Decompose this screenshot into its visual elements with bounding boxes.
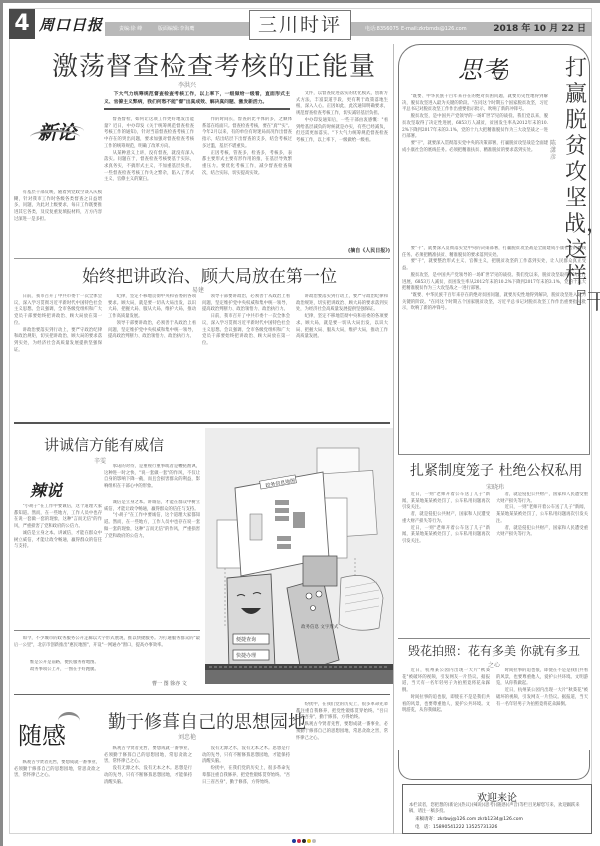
masthead-contact-bar: 电话:8356075 E-mail:zkrbmds@126.com 2018 年… xyxy=(351,22,592,36)
photo-box-bottom xyxy=(398,750,590,780)
swoosh-icon xyxy=(60,126,84,136)
headline-mind: 勤于修葺自己的思想园地 xyxy=(108,708,306,734)
feather-icon xyxy=(58,712,80,730)
byline-cage: 宋晓玮 xyxy=(486,482,504,491)
main-col-3: 文件，以督查促进落实的优化模式，创新方式方法，丰富渠道手段，更有利于政策落地生根… xyxy=(296,91,388,251)
headline-main: 激荡督查检查考核的正能量 xyxy=(52,46,376,83)
byline-main: 李洪兴 xyxy=(178,80,196,89)
color-dot-black xyxy=(302,839,306,843)
page-number: 4 xyxy=(9,9,35,39)
main-col-1: 督查督检，如何让这项工作更好地发出能量？近日，中办印发《关于统筹规范督查检查考核… xyxy=(104,117,194,252)
welcome-email[interactable]: 来稿请寄：zkrbwj@126.com zkrb1234@126.com xyxy=(415,816,523,822)
integrity-col-2: 诚信是立身之本。讲诚信，才能在群众中树立威信，才能让政令畅通，赢得群众的信任与支… xyxy=(104,500,200,626)
newspaper-page: 4 周口日报 责编:徐 峰 版面编辑:李海鹰 三川时评 电话:8356075 E… xyxy=(0,0,600,846)
column-divider xyxy=(393,44,394,834)
masthead-editor-bar: 责编:徐 峰 版面编辑:李海鹰 xyxy=(105,22,249,36)
proof-label: 版面编辑:李海鹰 xyxy=(158,22,195,36)
lede-rule xyxy=(104,108,290,110)
main-col-2: 作的时间长，督查的比平体的多，之顺体系落在结面只。督查检查考核，要在"真""实"… xyxy=(202,117,292,252)
editor-label: 责编:徐 峰 xyxy=(119,22,142,36)
poverty-col-2: 要"干"，就要深入贯彻落实党中央的决策部署，打赢脱贫攻坚战是全面建成小康社会的底… xyxy=(402,246,586,446)
divider xyxy=(398,454,590,455)
headline-politics: 始终把讲政治、顾大局放在第一位 xyxy=(82,262,337,287)
print-color-bar xyxy=(292,839,316,843)
email-label: E-mail:zkrbmds@126.com xyxy=(401,22,467,36)
paper-name: 周口日报 xyxy=(39,14,103,35)
sign-1: 便捷查询 xyxy=(236,636,256,643)
welcome-body: 本栏读者，您把想的(新论)(热议)(辣说)(思考)(随感)(声音)等栏目见解您写… xyxy=(409,803,587,815)
cartoon-svg: 政务信息地图 便捷查询 快捷办理 政务信息 文字形式 xyxy=(205,428,393,684)
welcome-phone: 电 话：15890541222 13525731326 xyxy=(415,824,497,830)
cartoon-caption-text: 如今，不少城市的政务服务公开走廊以大字形式展现，推以快捷服务。为打通服务群众的"… xyxy=(14,636,200,660)
headline-cage: 扎紧制度笼子 杜绝公权私用 xyxy=(410,460,582,480)
cartoon-credit: 曹一 图 徐亦 文 xyxy=(152,680,187,687)
section-title: 三川时评 xyxy=(249,10,351,40)
color-dot-grey xyxy=(312,839,316,843)
politics-col-4: 讲政治要落实到行动上，要严守政治纪律和政治规矩，切实把讲政治、顾大局的要求落到实… xyxy=(296,294,388,406)
politics-col-1: 日前，我市召开了中共市委十一次全体会议，深入学习贯彻习近平新时代中国特色社会主义… xyxy=(14,294,102,406)
divider xyxy=(14,422,390,424)
source-main: (摘自《人民日报》) xyxy=(348,247,390,254)
politics-col-2: 纪律，坚定不移地贯彻中央和省委的各项要求。顾大局，就是要一切从大局出发，以识大局… xyxy=(108,294,196,406)
headline-photo: 毁花拍照：花有多美 你就有多丑 xyxy=(408,642,580,659)
headline-integrity: 讲诚信方能有威信 xyxy=(44,434,164,455)
color-dot-blue xyxy=(292,839,296,843)
robot-label: 政务信息 文字形式 xyxy=(301,623,339,630)
mind-col-3: 纷扰中，在我们党的历史上，很多革命先辈都注重自我修养，把党性锻炼贯穿始终。"吾日… xyxy=(296,702,388,832)
mind-col-2: 没有无源之水，没有无本之木。思想是行动的先导，只有不断修葺思想园地，才能保持清醒… xyxy=(202,746,290,832)
cartoon-illustration: 政务信息地图 便捷查询 快捷办理 政务信息 文字形式 xyxy=(205,428,393,684)
cage-col-2: 者，就是侵犯公共财产，国家和人民遭受重大财产损失等行为。 近日，一则"老师开着公… xyxy=(496,492,588,634)
issue-date: 2018 年 10 月 22 日 xyxy=(493,22,586,36)
color-dot-yellow xyxy=(307,839,311,843)
welcome-title: 欢迎来论 xyxy=(403,789,591,804)
left-rule xyxy=(0,0,3,846)
byline-mind: 刘忠艳 xyxy=(178,732,196,741)
cartoon-verse-2: 政务事项公上开，一图在手好跑腿。 xyxy=(30,667,190,675)
main-col-0: 有基层干部反映，随着到党政空谈入庆模糊，针对我市工作时各级各类督查之日益增多，问… xyxy=(14,190,102,252)
divider xyxy=(14,258,390,259)
color-dot-red xyxy=(297,839,301,843)
welcome-box: 欢迎来论 本栏读者，您把想的(新论)(热议)(辣说)(思考)(随感)(声音)等栏… xyxy=(402,784,592,834)
divider xyxy=(398,638,590,639)
phone-label: 电话:8356075 xyxy=(365,22,399,36)
poverty-col-1: "既要、中华民族千百年来存在的绝对贫困问题，就要历史性地得到解决，脱贫攻坚进入最… xyxy=(402,94,548,244)
top-rule xyxy=(0,0,600,3)
integrity-col-0: "小胡子"在工作中要诚信，这个道理大家都知道。然而，在一些地方，工作人员中也存在… xyxy=(14,504,102,626)
mind-col-0: 纵观古今贤者先哲，要想成就一番事业，必须勤于修葺自己的思想园地，常思贪欲之害，常… xyxy=(14,760,100,832)
masthead: 4 周口日报 责编:徐 峰 版面编辑:李海鹰 三川时评 电话:8356075 E… xyxy=(9,9,592,39)
divider xyxy=(14,630,200,631)
cage-col-1: 近日，一则"老师开着公车送了儿子"新闻，某某地某某被处罚了，公车私用问题再次引发… xyxy=(402,492,490,634)
lede-main: 下大气力统筹规范督查检查考核工作，以上率下，一级做给一级看，直面形式主义、官僚主… xyxy=(104,91,290,106)
divider xyxy=(14,694,390,695)
mind-col-1: 纵观古今贤者先哲，要想成就一番事业，必须勤于修葺自己的思想园地，常思贪欲之害，常… xyxy=(104,746,192,832)
byline-poverty: 陈潇彦 xyxy=(550,140,558,161)
sign-2: 快捷办理 xyxy=(236,652,256,659)
byline-politics: 易建 xyxy=(192,285,204,294)
badge-lashuo: 辣说 xyxy=(30,478,62,501)
politics-col-3: 领导干部要讲政治，必须善于从政治上看问题，坚定维护党中央权威和集中统一领导，提高… xyxy=(202,294,290,406)
